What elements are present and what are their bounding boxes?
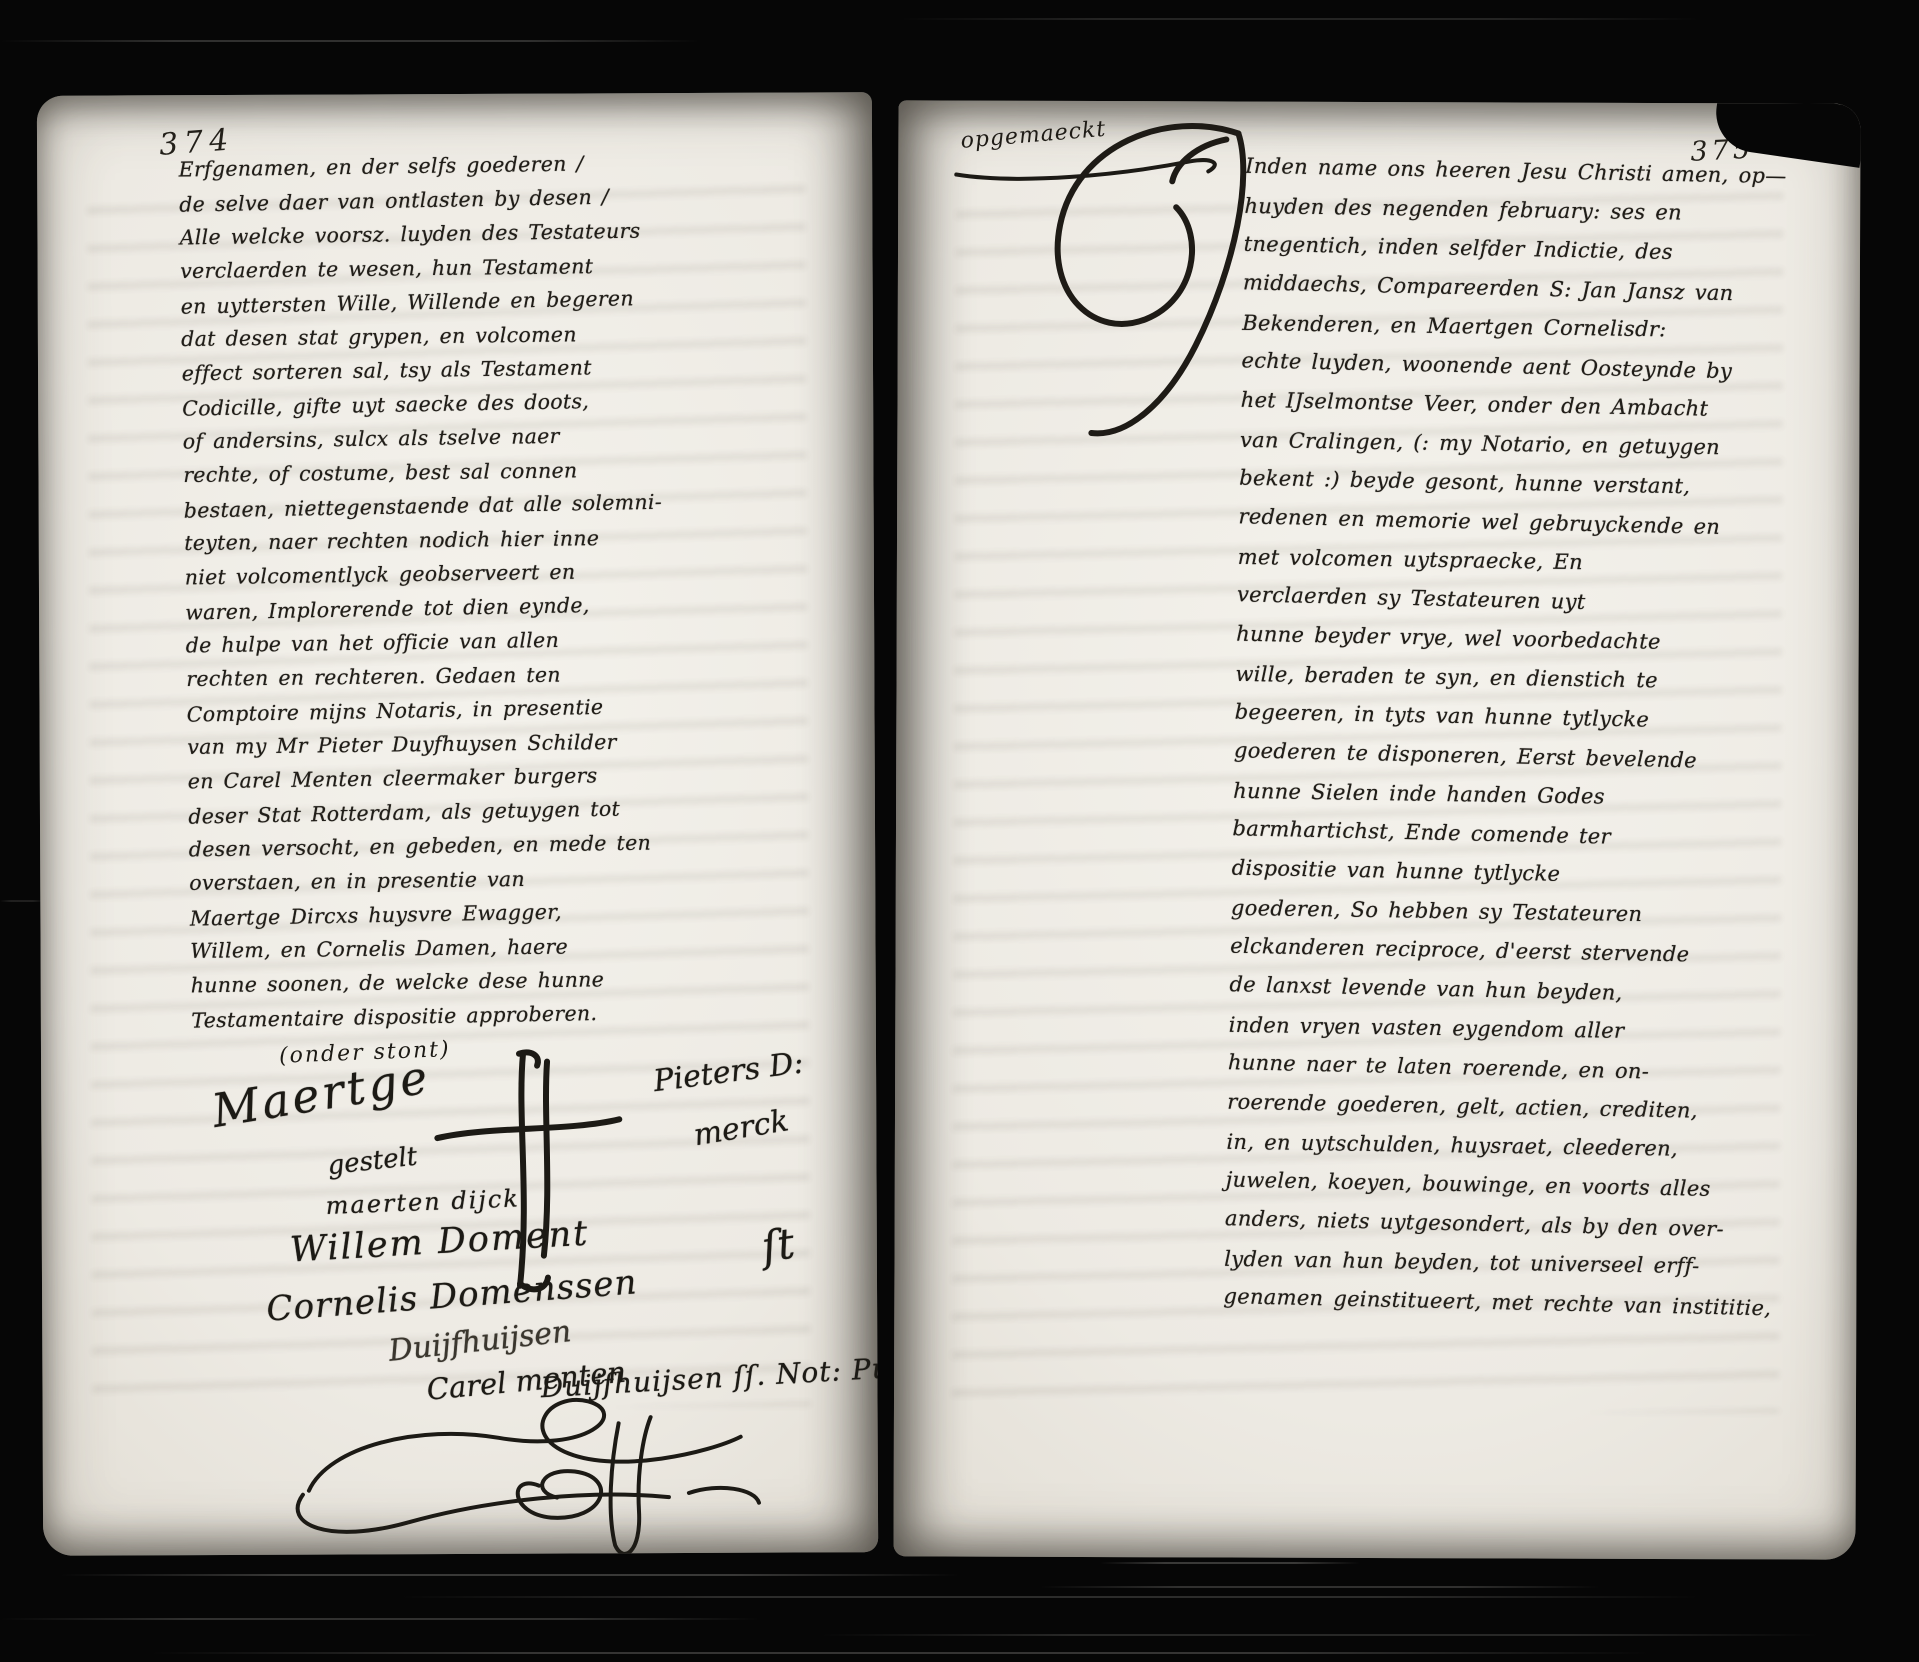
signature-duyfhuysen: Duijfhuijsen <box>387 1314 573 1369</box>
scan-scratch <box>1040 1586 1600 1588</box>
signature-gestelt: gestelt <box>326 1142 419 1182</box>
scan-scratch <box>400 1596 1700 1598</box>
scan-scratch <box>0 40 700 42</box>
manuscript-line: Willem, en Cornelis Damen, haere <box>190 927 810 968</box>
manuscript-line: dat desen stat grypen, en volcomen <box>181 315 801 356</box>
scan-scratch <box>0 900 44 902</box>
scan-scratch <box>900 18 1700 20</box>
scan-scratch <box>0 1618 760 1620</box>
signature-paraph: ſt <box>758 1219 797 1272</box>
right-page-text-block: Inden name ons heeren Jesu Christi amen,… <box>1223 147 1860 1329</box>
scan-scratch <box>820 1634 1820 1636</box>
signature-pieters: Pieters D: <box>651 1045 805 1099</box>
signature-merck: merck <box>691 1103 791 1153</box>
film-scan-background: 374 Erfgenamen, en der selfs goederen /d… <box>0 0 1919 1662</box>
scan-scratch <box>150 1652 1650 1654</box>
manuscript-line: van my Mr Pieter Duyfhuysen Schilder <box>187 723 807 764</box>
left-page-text-block: Erfgenamen, en der selfs goederen /de se… <box>178 143 811 1036</box>
folio-number-188: 188 <box>1788 105 1860 150</box>
notary-flourish-icon <box>288 1393 769 1556</box>
left-page: 374 Erfgenamen, en der selfs goederen /d… <box>37 92 878 1556</box>
scan-scratch <box>60 1574 960 1576</box>
right-page: 375 188 opgemaeckt Inden name ons heeren… <box>893 100 1860 1559</box>
scan-scratch <box>1100 1562 1360 1564</box>
initial-flourish-icon <box>1025 115 1266 446</box>
manuscript-line: teyten, naer rechten nodich hier inne <box>184 519 804 560</box>
